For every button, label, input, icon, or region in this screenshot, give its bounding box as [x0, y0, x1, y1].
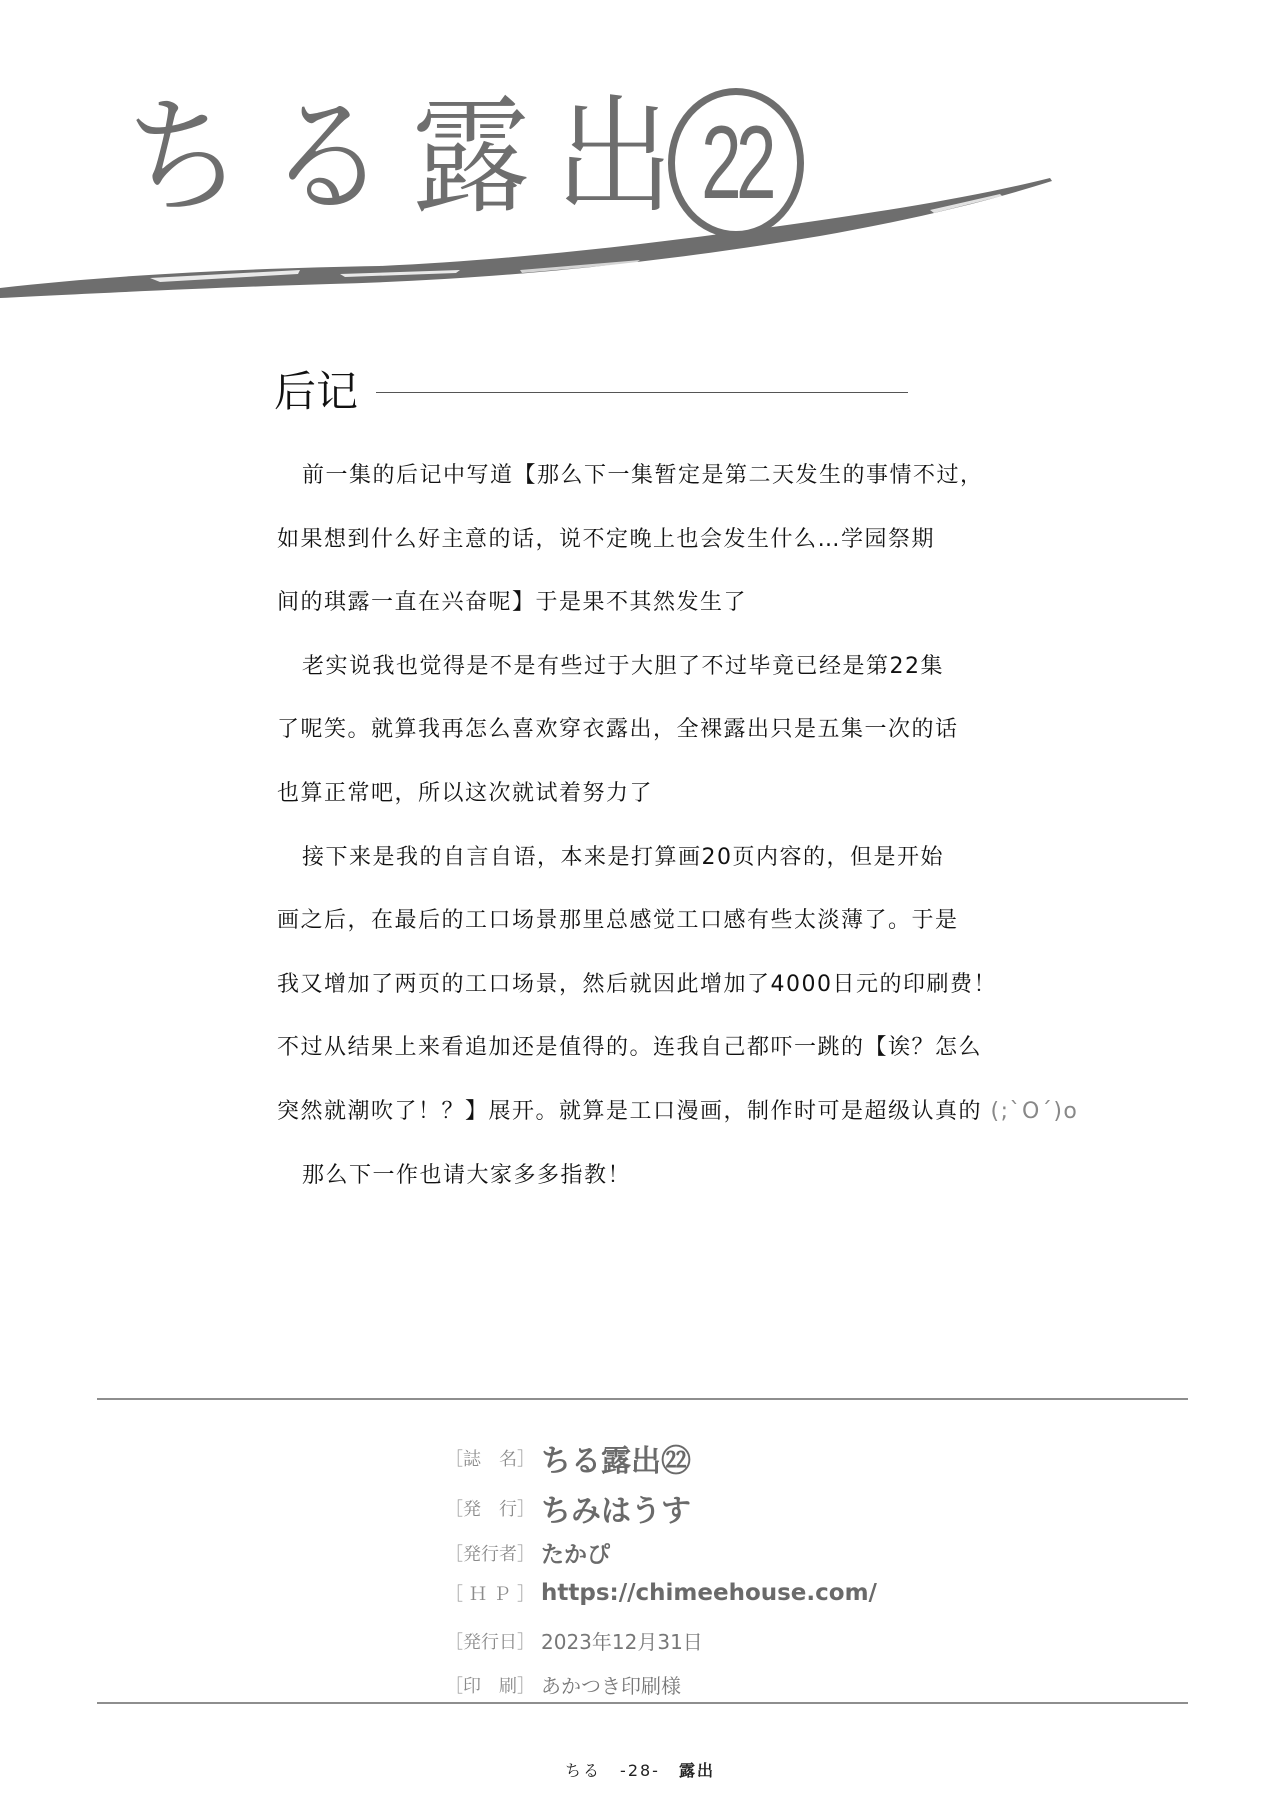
colophon-label: ［誌 名］	[445, 1445, 541, 1471]
colophon-value: 2023年12月31日	[541, 1626, 703, 1655]
afterword-heading: 后记	[274, 366, 358, 418]
page-footer: ちる -28- 露出	[0, 1758, 1280, 1781]
colophon-value: あかつき印刷様	[541, 1670, 681, 1699]
colophon-row-issuer: ［発行者］ たかぴ	[445, 1536, 610, 1569]
body-line: 也算正常吧，所以这次就试着努力了	[277, 774, 1177, 838]
colophon-label: ［ＨＰ］	[445, 1580, 541, 1606]
colophon-value: ちみはうす	[541, 1486, 691, 1530]
footer-left: ちる	[565, 1761, 601, 1780]
brush-stroke-decoration	[0, 170, 1100, 300]
colophon-row-title: ［誌 名］ ちる露出㉒	[445, 1436, 691, 1480]
colophon-row-printer: ［印 刷］ あかつき印刷様	[445, 1670, 681, 1699]
body-line: 接下来是我的自言自语，本来是打算画20页内容的，但是开始	[277, 838, 1177, 902]
colophon-label: ［発行日］	[445, 1628, 541, 1654]
colophon-label: ［印 刷］	[445, 1672, 541, 1698]
colophon-top-rule	[97, 1398, 1188, 1400]
colophon-row-publisher: ［発 行］ ちみはうす	[445, 1486, 691, 1530]
body-line: 如果想到什么好主意的话，说不定晚上也会发生什么…学园祭期	[277, 520, 1177, 584]
page-header: ちる露出 22	[0, 0, 1280, 300]
body-line: 突然就潮吹了！？】展开。就算是工口漫画，制作时可是超级认真的 (;`O´)o	[277, 1092, 1177, 1156]
afterword-body: 前一集的后记中写道【那么下一集暂定是第二天发生的事情不过， 如果想到什么好主意的…	[277, 456, 1177, 1219]
body-line: 老实说我也觉得是不是有些过于大胆了不过毕竟已经是第22集	[277, 647, 1177, 711]
footer-right: 露出	[679, 1761, 715, 1780]
colophon-row-homepage: ［ＨＰ］ https://chimeehouse.com/	[445, 1580, 877, 1606]
colophon-row-date: ［発行日］ 2023年12月31日	[445, 1626, 703, 1655]
body-line: 画之后，在最后的工口场景那里总感觉工口感有些太淡薄了。于是	[277, 901, 1177, 965]
body-line: 不过从结果上来看追加还是值得的。连我自己都吓一跳的【诶？怎么	[277, 1028, 1177, 1092]
body-line: 我又增加了两页的工口场景，然后就因此增加了4000日元的印刷费！	[277, 965, 1177, 1029]
homepage-link[interactable]: https://chimeehouse.com/	[541, 1580, 877, 1606]
colophon-label: ［発行者］	[445, 1540, 541, 1566]
page-number: -28-	[620, 1761, 660, 1780]
colophon-value: たかぴ	[541, 1536, 610, 1569]
colophon-label: ［発 行］	[445, 1495, 541, 1521]
colophon-bottom-rule	[97, 1702, 1188, 1704]
colophon-value: ちる露出㉒	[541, 1436, 691, 1480]
body-line: 那么下一作也请大家多多指教！	[277, 1156, 1177, 1220]
body-line: 前一集的后记中写道【那么下一集暂定是第二天发生的事情不过，	[277, 456, 1177, 520]
body-line: 了呢笑。就算我再怎么喜欢穿衣露出，全裸露出只是五集一次的话	[277, 710, 1177, 774]
body-line: 间的琪露一直在兴奋呢】于是果不其然发生了	[277, 583, 1177, 647]
heading-divider	[376, 392, 908, 393]
emoticon: (;`O´)o	[982, 1099, 1078, 1124]
